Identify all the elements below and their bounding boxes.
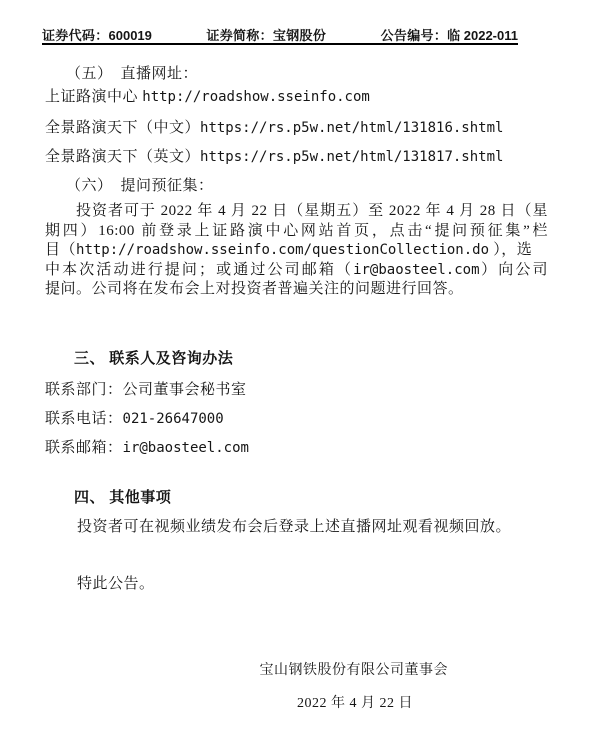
notice-number-label: 公告编号： <box>381 28 448 43</box>
live-url-p5w-en-link: https://rs.p5w.net/html/131817.shtml <box>200 149 503 165</box>
paragraph-line: 投资者可于 2022 年 4 月 22 日（星期五）至 2022 年 4 月 2… <box>45 202 548 222</box>
paragraph-text: ），选 <box>489 242 532 258</box>
live-url-p5w-cn: 全景路演天下（中文）https://rs.p5w.net/html/131816… <box>45 118 503 138</box>
paragraph-line: 期四）16:00 前登录上证路演中心网站首页，点击“提问预征集”栏 <box>45 222 548 242</box>
contact-phone: 联系电话：021-26647000 <box>45 409 224 429</box>
paragraph-line-url: 目（http://roadshow.sseinfo.com/questionCo… <box>45 241 548 261</box>
live-url-p5w-en: 全景路演天下（英文）https://rs.p5w.net/html/131817… <box>45 147 503 167</box>
contact-department-label: 联系部门： <box>45 382 123 398</box>
question-paragraph: 投资者可于 2022 年 4 月 22 日（星期五）至 2022 年 4 月 2… <box>45 202 548 300</box>
paragraph-text: ）向公司 <box>480 262 548 278</box>
live-url-sse: 上证路演中心 http://roadshow.sseinfo.com <box>45 87 370 107</box>
stock-name-label: 证券简称： <box>206 28 273 43</box>
paragraph-line: 提问。公司将在发布会上对投资者普遍关注的问题进行回答。 <box>45 280 548 300</box>
stock-code-value: 600019 <box>109 28 152 43</box>
contact-phone-label: 联系电话： <box>45 411 123 427</box>
section4-text: 投资者可在视频业绩发布会后登录上述直播网址观看视频回放。 <box>77 517 511 537</box>
contact-department-value: 公司董事会秘书室 <box>123 382 247 398</box>
stock-code: 证券代码：600019 <box>42 25 152 44</box>
section6-heading: （六） 提问预征集： <box>66 176 214 196</box>
question-collection-url: http://roadshow.sseinfo.com/questionColl… <box>76 242 489 258</box>
company-email-inline: ir@baosteel.com <box>353 262 479 278</box>
contact-email-value: ir@baosteel.com <box>123 440 249 456</box>
live-url-sse-link: http://roadshow.sseinfo.com <box>142 89 370 105</box>
stock-code-label: 证券代码： <box>42 28 109 43</box>
paragraph-text: 中本次活动进行提问；或通过公司邮箱（ <box>45 262 353 278</box>
contact-email: 联系邮箱：ir@baosteel.com <box>45 438 249 458</box>
live-url-sse-label: 上证路演中心 <box>45 89 142 105</box>
closing-statement: 特此公告。 <box>77 574 155 594</box>
live-url-p5w-en-label: 全景路演天下（英文） <box>45 149 200 165</box>
notice-number-value: 临 2022-011 <box>447 28 518 43</box>
notice-number: 公告编号：临 2022-011 <box>381 25 518 44</box>
paragraph-line-email: 中本次活动进行提问；或通过公司邮箱（ir@baosteel.com）向公司 <box>45 261 548 281</box>
document-header: 证券代码：600019 证券简称：宝钢股份 公告编号：临 2022-011 <box>42 25 518 44</box>
live-url-p5w-cn-link: https://rs.p5w.net/html/131816.shtml <box>200 120 503 136</box>
contact-phone-value: 021-26647000 <box>123 411 224 427</box>
announcement-page: 证券代码：600019 证券简称：宝钢股份 公告编号：临 2022-011 （五… <box>0 0 591 745</box>
paragraph-text: 目（ <box>45 242 76 258</box>
stock-name-value: 宝钢股份 <box>273 28 326 43</box>
section5-heading: （五） 直播网址： <box>66 64 198 84</box>
contact-email-label: 联系邮箱： <box>45 440 123 456</box>
live-url-p5w-cn-label: 全景路演天下（中文） <box>45 120 200 136</box>
section3-heading: 三、 联系人及咨询办法 <box>74 349 233 369</box>
section4-heading: 四、 其他事项 <box>74 488 171 508</box>
stock-name: 证券简称：宝钢股份 <box>206 25 326 44</box>
header-divider <box>42 43 518 45</box>
contact-department: 联系部门：公司董事会秘书室 <box>45 380 247 400</box>
signature-date: 2022 年 4 月 22 日 <box>297 694 413 714</box>
signature-company: 宝山钢铁股份有限公司董事会 <box>260 661 449 681</box>
